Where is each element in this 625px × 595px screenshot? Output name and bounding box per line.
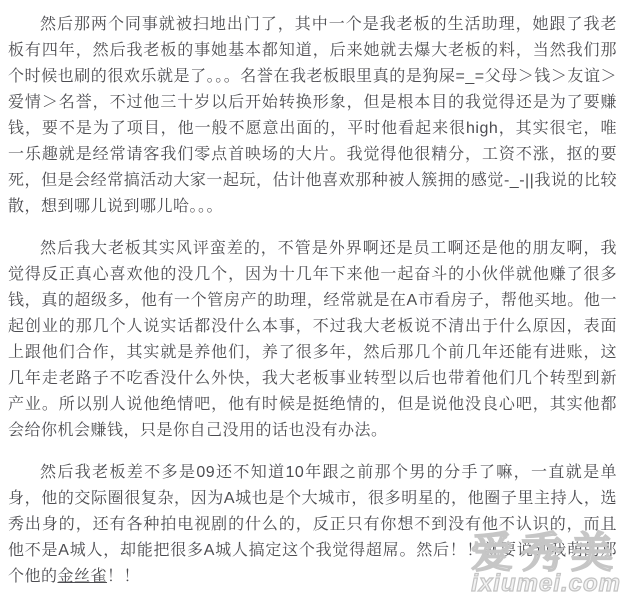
article-page: 然后那两个同事就被扫地出门了，其中一个是我老板的生活助理，她跟了我老板有四年，然… — [0, 0, 625, 595]
article-body: 然后那两个同事就被扫地出门了，其中一个是我老板的生活助理，她跟了我老板有四年，然… — [0, 0, 625, 590]
article-paragraph: 然后我大老板其实风评蛮差的，不管是外界啊还是员工啊还是他的朋友啊，我觉得反正真心… — [8, 236, 617, 444]
article-paragraph: 然后那两个同事就被扫地出门了，其中一个是我老板的生活助理，她跟了我老板有四年，然… — [8, 12, 617, 220]
article-paragraph: 然后我老板差不多是09还不知道10年跟之前那个男的分手了嘛，一直就是单身，他的交… — [8, 460, 617, 590]
paragraph-text: ！！ — [107, 568, 140, 585]
canary-link[interactable]: 金丝雀 — [58, 568, 108, 585]
paragraph-text: 然后我老板差不多是09还不知道10年跟之前那个男的分手了嘛，一直就是单身，他的交… — [8, 464, 617, 585]
